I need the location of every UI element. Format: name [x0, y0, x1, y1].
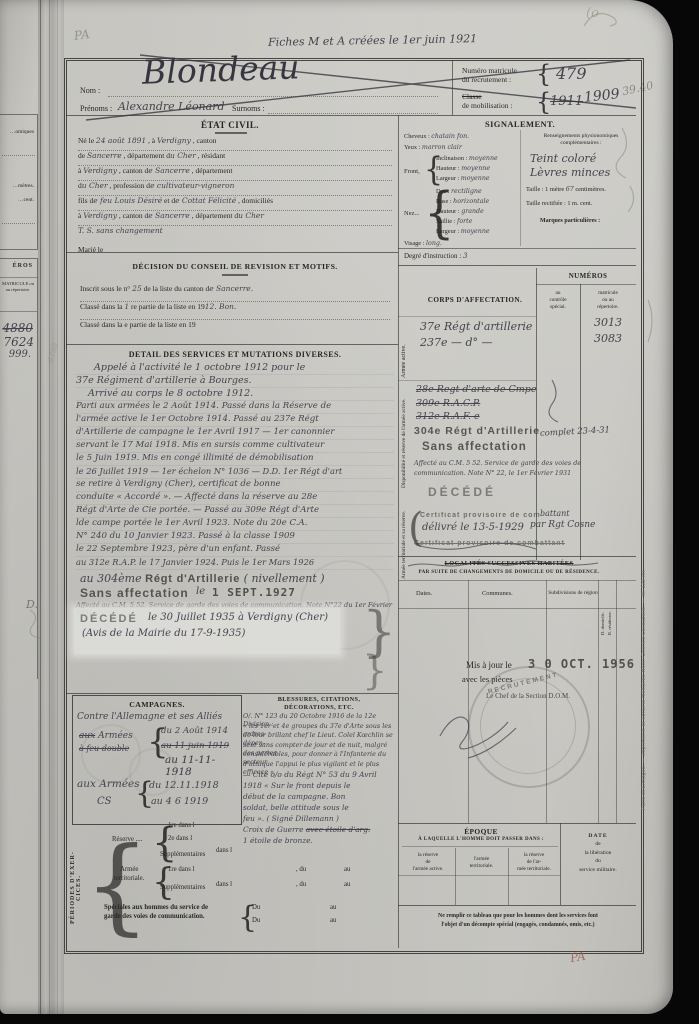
- epoque-footer-note: Ne remplir ce tableau que pour les homme…: [406, 912, 630, 929]
- nom-value: Blondeau: [141, 47, 300, 91]
- citation-line: considérables, pour donner à l'Infanteri…: [243, 750, 395, 760]
- etat-civil-line: Marié le: [78, 239, 392, 259]
- territoriale-label: Armée territoriale.: [114, 866, 144, 884]
- text-segment: de la liste du canton d: [142, 284, 209, 293]
- services-line: se retire à Verdigny (Cher), certificat …: [76, 479, 394, 492]
- citation-line: de leur brillant chef le Lieut. Colel Kœ…: [243, 731, 395, 741]
- classe-label-struck: Classe: [462, 92, 482, 101]
- text-segment: Classé dans la: [80, 302, 124, 311]
- matricule-value: 479: [556, 64, 587, 83]
- rule: [398, 608, 636, 609]
- citation-line: soldat, belle attitude sous le: [243, 803, 395, 814]
- text-segment: fils d: [78, 196, 93, 205]
- page-edge-line: [40, 0, 41, 1014]
- blessures-title: BLESSURES, CITATIONS, DÉCORATIONS, ETC.: [244, 696, 394, 712]
- campagnes-cs: CS: [97, 796, 112, 807]
- text-segment: et d: [162, 196, 175, 205]
- localites-grid-line: [616, 580, 617, 823]
- epoque-col1-1: la réserve: [402, 852, 454, 859]
- du-label: Du: [252, 904, 260, 911]
- text-segment: , profession d: [108, 181, 151, 190]
- etat-civil-line: fils de feu Louis Désiré et de Cottat Fé…: [78, 196, 392, 211]
- epoque-date-4: du: [562, 857, 634, 865]
- rule: [398, 556, 636, 557]
- text-segment: u Cher: [238, 211, 264, 220]
- services-handwriting-block: Appelé à l'activité le 1 octobre 1912 po…: [76, 362, 394, 574]
- dotted-rule: [268, 113, 438, 114]
- reserve-entry: 309e R.A.C.P.: [416, 398, 480, 409]
- prev-page-subheader: MATRICULE ou au répertoire.: [1, 281, 35, 292]
- epoque-title: ÉPOQUE: [402, 827, 560, 836]
- blessures-title-1: BLESSURES, CITATIONS,: [244, 696, 394, 704]
- croix-de-guerre-line2: 1 étoile de bronze.: [243, 836, 395, 847]
- text-segment: e Cottat Félicité: [175, 196, 236, 205]
- text-segment: Verdigny: [83, 211, 117, 220]
- localites-col-subdivisions: Subdivisions de région: [548, 590, 598, 596]
- text-segment: , domiciliés: [236, 196, 273, 205]
- epoque-date-2: de: [562, 840, 634, 848]
- campagnes-date5: au 4 6 1919: [151, 796, 208, 807]
- text-segment: moyenne: [469, 155, 498, 162]
- prev-page-header: ÉROS: [13, 263, 33, 269]
- nom-label: Nom :: [80, 86, 100, 95]
- epoque-col3-2: de l'ar-: [509, 859, 559, 866]
- localites-col-communes: Communes.: [482, 590, 513, 597]
- periode-row-1: 1re dans l: [168, 822, 194, 829]
- rule: [0, 311, 37, 312]
- closing-brace: }: [362, 648, 387, 694]
- corps-row-name: 37e Régt d'artillerie: [420, 320, 532, 333]
- brace: {: [536, 88, 551, 116]
- localites-col-dates: Dates.: [416, 590, 432, 597]
- etat-civil-line: à Verdigny , canton de Sancerre , départ…: [78, 211, 392, 226]
- text-segment: Hauteur :: [436, 208, 461, 215]
- pencil-initials-top: PA: [73, 27, 90, 43]
- title-underline: [215, 132, 247, 134]
- text-segment: Verdigny: [83, 166, 117, 175]
- citation-line: sent sans compter de jour et de nuit, ma…: [243, 741, 395, 751]
- services-line: le 22 Septembre 1923, père d'un enfant. …: [76, 544, 394, 557]
- services-line: servant le 17 Mai 1918. Mis en sursis co…: [76, 440, 394, 453]
- nez-rows: Dos : rectiligne Base : horizontale Haut…: [436, 188, 520, 238]
- header-divider: [452, 60, 453, 115]
- services-line: Appelé à l'activité le 1 octobre 1912 po…: [76, 362, 394, 375]
- text-segment: Verdigny: [157, 136, 191, 145]
- text-segment: Saillie :: [436, 218, 457, 225]
- du-label: , du: [296, 881, 306, 888]
- localites-grid-line: [598, 580, 599, 823]
- text-segment: Dos :: [436, 188, 451, 195]
- front-row: Inclinaison : moyenne: [436, 155, 520, 165]
- degre-instruction-row: Degré d'instruction : 3: [404, 252, 467, 260]
- rule: [398, 248, 636, 249]
- numeros-header: NUMÉROS: [540, 272, 636, 280]
- text-segment: Inscrit sous le n°: [80, 284, 132, 293]
- classe-label: de mobilisation :: [462, 101, 512, 110]
- epoque-col-1: la réserve de l'armée active.: [402, 852, 454, 873]
- epoque-col-3: la réserve de l'ar- mée territoriale.: [509, 852, 559, 873]
- services-line: l'armée active le 1er Octobre 1914. Pass…: [76, 414, 394, 427]
- citation-line: d'attaque l'appui le plus vigilant et le…: [243, 760, 395, 770]
- services-line: Parti aux armées le 2 Août 1914. Passé d…: [76, 401, 394, 414]
- speciales-label-1: Spéciales aux hommes du service de: [104, 904, 208, 913]
- etat-civil-line: T. S. sans changement: [78, 226, 392, 239]
- rule: [398, 823, 636, 824]
- corps-row-num: 3083: [594, 332, 622, 345]
- periode-row-2: 2e dans l: [168, 835, 192, 842]
- text-segment: Taille : 1 mètre: [526, 186, 566, 193]
- services-line: au 312e R.A.P. le 17 Janvier 1924. Puis …: [76, 557, 394, 570]
- text-segment: Né le: [78, 136, 96, 145]
- signalement-divider: [520, 130, 521, 246]
- periode-dansl: dans l: [216, 847, 232, 854]
- title-underline: [222, 274, 248, 276]
- periode-suppl: Supplémentaires: [160, 851, 205, 858]
- marques-label: Marques particulières :: [540, 218, 600, 224]
- text-segment: aux: [79, 731, 95, 741]
- renseignements-value-1: Teint coloré: [530, 152, 596, 165]
- epoque-subtitle: À LAQUELLE L'HOMME DOIT PASSER DANS :: [402, 837, 560, 842]
- front-row: Hauteur : moyenne: [436, 165, 520, 175]
- text-segment: ( nivellement ): [240, 572, 324, 585]
- signalement-left: Cheveux : chatain fon. Yeux : marron cla…: [404, 133, 518, 155]
- dotted-rule: [108, 96, 438, 97]
- prev-page-text: …mètres.: [12, 183, 34, 189]
- page-edge-line: [57, 0, 58, 1014]
- au-label: au: [344, 881, 350, 888]
- corps-affectation-header: CORPS D'AFFECTATION.: [420, 296, 530, 304]
- territoriale-label-1: Armée: [114, 866, 144, 875]
- text-segment: forte: [457, 218, 472, 225]
- visage-row: Visage : long.: [404, 240, 442, 247]
- nez-row: Base : horizontale: [436, 198, 520, 208]
- page-edge-line: [49, 0, 50, 1014]
- controle-header-3: spécial.: [538, 304, 578, 311]
- epoque-col3-1: la réserve: [509, 852, 559, 859]
- services-line: 37e Régiment d'artillerie à Bourges.: [76, 375, 394, 388]
- epoque-col3-3: mée territoriale.: [509, 866, 559, 873]
- epoque-col1-2: de: [402, 859, 454, 866]
- text-segment: , résidant: [196, 151, 225, 160]
- etat-civil-line: de Sancerre , département du Cher , rési…: [78, 151, 392, 166]
- services-line: Arrivé au corps le 8 octobre 1912.: [76, 388, 394, 401]
- renseignements-label: Renseignements physionomiques complément…: [528, 133, 634, 148]
- rule: [398, 380, 536, 381]
- localites-subtitle: PAR SUITE DE CHANGEMENTS DE DOMICILE OU …: [404, 570, 614, 575]
- text-segment: grande: [461, 208, 484, 215]
- prev-page-fragment-box: ÉROS MATRICULE ou au répertoire. 4880 76…: [0, 258, 38, 679]
- yeux-row: Yeux : marron clair: [404, 144, 518, 155]
- au-label: au: [330, 917, 336, 924]
- text-segment: e Sancerre: [148, 166, 190, 175]
- text-segment: 12. Bon.: [205, 302, 237, 311]
- text-segment: moyenne: [461, 165, 490, 172]
- citation-line: « les 1er et 4e groupes du 37e d'Arte so…: [243, 722, 395, 732]
- text-segment: , canton: [191, 136, 217, 145]
- decision-line: Classé dans la e partie de la liste en 1…: [80, 320, 390, 337]
- text-segment: au 11 juin 1919: [161, 741, 229, 751]
- decision-line: Inscrit sous le n° 25 de la liste du can…: [80, 284, 390, 302]
- epoque-grid-line: [560, 823, 561, 905]
- matricule-header-2: ou au: [582, 297, 634, 304]
- rule: [398, 265, 636, 266]
- localites-grid-line: [468, 580, 469, 823]
- text-segment: re partie de la liste en 19: [129, 302, 205, 311]
- text-segment: 24 août 1891: [96, 136, 146, 145]
- decision-line: Classé dans la 1 re partie de la liste e…: [80, 302, 390, 320]
- dotted-rule: [2, 155, 35, 156]
- etat-civil-title: ÉTAT CIVIL.: [150, 120, 310, 130]
- localites-side-domicile: D. domicile.: [600, 585, 605, 635]
- du-label: Du: [252, 917, 260, 924]
- decede-rest: le 30 Juillet 1935 à Verdigny (Cher): [148, 612, 328, 623]
- corner-flourish: (o: [586, 6, 599, 21]
- book-spine-shading: [38, 0, 64, 1014]
- campagnes-line2b: à feu double: [79, 744, 129, 753]
- surnoms-label: Surnoms :: [232, 104, 265, 113]
- services-line: Régt d'Arte de Cie portée. — Passé au 30…: [76, 505, 394, 518]
- text-segment: Cheveux :: [404, 133, 431, 140]
- text-segment: , département d: [122, 151, 170, 160]
- epoque-col1-3: l'armée active.: [402, 866, 454, 873]
- corps-col-divider: [580, 284, 581, 560]
- prev-page-number: 7624: [3, 335, 34, 349]
- sans-affectation-stamp-right: Sans affectation: [422, 441, 527, 453]
- text-segment: long.: [426, 240, 442, 247]
- rule: [0, 277, 37, 278]
- campagnes-date3: au 11-11-1918: [165, 754, 241, 778]
- epoque-col-2: l'armée territoriale.: [456, 856, 507, 870]
- citation-line: — Cité o/o du Régt N° 53 du 9 Avril: [243, 770, 395, 781]
- text-segment: 67: [566, 186, 574, 193]
- text-segment: , département d: [190, 211, 238, 220]
- text-segment: Degré d'instruction :: [404, 252, 463, 260]
- armee-active-vertical-label: Armée active.: [401, 318, 407, 378]
- text-segment: 25: [132, 284, 142, 293]
- renseignements-label-2: complémentaires :: [528, 140, 634, 147]
- services-line: N° 240 du 10 Janvier 1923. Passé à la cl…: [76, 531, 394, 544]
- territoriale-suppl: Supplémentaires: [160, 884, 205, 891]
- text-segment: Visage :: [404, 240, 426, 247]
- stamp-304-regiment: 304e Régt d'Artillerie: [414, 425, 540, 437]
- reserve-vertical-label: Disponibilité et réserve de l'armée acti…: [401, 384, 407, 502]
- text-segment: moyenne: [461, 228, 490, 235]
- services-line: d'Artillerie de campagne le 1er Avril 19…: [76, 427, 394, 440]
- prev-page-number: 999.: [9, 349, 31, 360]
- text-segment: moyenne: [461, 175, 490, 182]
- nez-row: Dos : rectiligne: [436, 188, 520, 198]
- epoque-date-5: service militaire.: [562, 866, 634, 874]
- front-label: Front,: [404, 168, 420, 175]
- campagnes-line6: aux Armées: [77, 778, 140, 790]
- matricule-header-3: répertoire.: [582, 304, 634, 311]
- services-line: le 5 Juin 1919. Mis en congé illimité de…: [76, 453, 394, 466]
- campagnes-title: CAMPAGNES.: [73, 700, 241, 709]
- territoriale-label-2: territoriale.: [114, 875, 144, 884]
- dotted-rule: [2, 223, 35, 224]
- signalement-title: SIGNALEMENT.: [430, 119, 610, 129]
- sans-affectation-stamp: Sans affectation: [80, 586, 189, 600]
- printer-imprint: Paris et Limoges. — Imprimerie et librai…: [641, 330, 647, 810]
- prev-page-number: 4880: [2, 321, 33, 335]
- epoque-col2-2: territoriale.: [456, 863, 507, 870]
- services-line: conduite « Accordé ». — Affecté dans la …: [76, 492, 394, 505]
- scanned-military-register-page: …omiques …mètres. …cent. ÉROS MATRICULE …: [0, 0, 699, 1024]
- nez-label: Nez...: [404, 210, 419, 217]
- text-segment: rectiligne: [451, 188, 482, 195]
- text-segment: avec étoile d'arg.: [306, 825, 370, 834]
- reserve-entry: 312e R.A.F. e: [416, 411, 480, 422]
- citation-line: 1918 « Sur le front depuis le: [243, 781, 395, 792]
- text-segment: e feu Louis Désiré: [93, 196, 162, 205]
- epoque-col2-1: l'armée: [456, 856, 507, 863]
- text-segment: , canton d: [117, 166, 148, 175]
- citation-block: O/. N° 123 du 20 Octobre 1916 de la 12e …: [243, 712, 395, 847]
- prenoms-label: Prénoms :: [80, 104, 112, 113]
- text-segment: u Cher: [82, 181, 108, 190]
- text-segment: à feu double: [79, 744, 129, 753]
- epoque-date-1: DATE: [562, 832, 634, 840]
- corps-row-num: 3013: [594, 316, 622, 329]
- nez-row: Hauteur : grande: [436, 208, 520, 218]
- cm-note-right-1: Affecté au C.M. 5 52. Service de garde d…: [414, 459, 581, 467]
- renseignements-value-2: Lèvres minces: [530, 166, 610, 179]
- pencil-initials-bottom: PA: [569, 949, 587, 966]
- controle-col-header: au contrôle spécial.: [538, 290, 578, 310]
- campagnes-line1: Contre l'Allemagne et ses Alliés: [77, 712, 222, 722]
- rule: [66, 344, 398, 345]
- taille-rectifiee-row: Taille rectifiée : 1 m. cent.: [526, 200, 592, 207]
- rule: [66, 252, 398, 253]
- reserve-label: Réserve ....: [112, 836, 142, 843]
- mis-a-jour-label: Mis à jour le: [466, 660, 512, 670]
- classe-old-value: 1911: [550, 94, 583, 109]
- text-segment: Hauteur :: [436, 165, 461, 172]
- rule: [402, 846, 558, 847]
- rule: [398, 580, 636, 581]
- renseignements-label-1: Renseignements physionomiques: [528, 133, 634, 140]
- text-segment: e Sancerre: [148, 211, 190, 220]
- localites-side-residence: R. résidence.: [607, 585, 612, 635]
- services-304-line: au 304ème Régt d'Artillerie ( nivellemen…: [80, 572, 325, 585]
- reserve-entry: 28e Regt d'arte de Cmpe: [416, 384, 537, 395]
- text-segment: horizontale: [453, 198, 489, 205]
- text-segment: 3: [463, 252, 467, 260]
- brace: {: [536, 60, 551, 88]
- matricule-header-1: matricule: [582, 290, 634, 297]
- citation-line: O/. N° 123 du 20 Octobre 1916 de la 12e …: [243, 712, 395, 722]
- citation-line: feu ». ( Signé Dillemann ): [243, 814, 395, 825]
- periodes-vertical-label: PÉRIODES D'EXER- CICES.: [70, 838, 82, 938]
- nez-row: Saillie : forte: [436, 218, 520, 228]
- etat-civil-block: Né le 24 août 1891 , à Verdigny , canton…: [78, 136, 392, 259]
- localites-title: LOCALITÉS SUCCESSIVES HABITÉES: [404, 560, 614, 567]
- campagnes-box: CAMPAGNES. Contre l'Allemagne et ses All…: [72, 695, 242, 825]
- services-title: DETAIL DES SERVICES ET MUTATIONS DIVERSE…: [80, 350, 390, 359]
- margin-d-mark: D.: [26, 598, 38, 611]
- campagnes-line2: aux Armées: [79, 730, 133, 741]
- matricule-label-line2: du recrutement :: [462, 75, 517, 84]
- text-segment: centimètres.: [574, 186, 606, 193]
- certificat-hw: battant: [540, 509, 569, 518]
- decision-block: Inscrit sous le n° 25 de la liste du can…: [80, 284, 390, 337]
- nez-row: Largeur : moyenne: [436, 228, 520, 238]
- text-segment: au 304ème: [80, 572, 145, 585]
- epoque-footer-1: Ne remplir ce tableau que pour les homme…: [406, 912, 630, 921]
- date-stamp-1927: 1 SEPT.1927: [212, 586, 296, 599]
- text-segment: Classé dans la e partie de la liste en 1…: [80, 320, 196, 329]
- territoriale-row-1: 1re dans l: [168, 866, 194, 873]
- decede-stamp: DÉCÉDÉ: [80, 613, 138, 625]
- text-segment: chatain fon.: [431, 133, 469, 140]
- matricule-col-header: matricule ou au répertoire.: [582, 290, 634, 310]
- rule: [398, 875, 560, 876]
- controle-header-1: au: [538, 290, 578, 297]
- prenoms-value: Alexandre Léonard: [118, 100, 225, 113]
- controle-header-2: contrôle: [538, 297, 578, 304]
- text-segment: Sancerre: [87, 151, 122, 160]
- epoque-footer-2: l'objet d'un décompte spécial (engagés, …: [406, 921, 630, 930]
- certificat-date: délivré le 13-5-1929: [422, 522, 524, 533]
- etat-civil-line: Né le 24 août 1891 , à Verdigny , canton: [78, 136, 392, 151]
- campagnes-date2: au 11 juin 1919: [161, 740, 229, 751]
- text-segment: u Cher: [170, 151, 196, 160]
- epoque-date-3: la libération: [562, 849, 634, 857]
- cheveux-row: Cheveux : chatain fon.: [404, 133, 518, 144]
- text-segment: de: [78, 151, 87, 160]
- croix-de-guerre-line: Croix de Guerre avec étoile d'arg.: [243, 825, 395, 836]
- speciales-label: Spéciales aux hommes du service de garde…: [104, 904, 208, 922]
- services-line: le 26 Juillet 1919 — 1er échelon N° 1036…: [76, 466, 394, 479]
- territoriale-dansl: dans l: [216, 881, 232, 888]
- text-segment: Inclinaison :: [436, 155, 469, 162]
- cm-note-right-2: communication. Note N° 22, le 1er Févrie…: [414, 469, 571, 477]
- au-label: au: [344, 866, 350, 873]
- text-segment: e Sancerre.: [209, 284, 253, 293]
- text-segment: , département: [190, 166, 233, 175]
- taille-row: Taille : 1 mètre 67 centimètres.: [526, 186, 606, 193]
- corps-row-name: 237e — d° —: [420, 336, 493, 349]
- certificat-stamp-struck: Certificat provisoire de combattant: [414, 540, 565, 547]
- text-segment: Largeur :: [436, 228, 461, 235]
- etat-civil-line: du Cher , profession de cultivateur-vign…: [78, 181, 392, 196]
- certificat-par: par Rgt Cosne: [530, 520, 595, 530]
- prev-page-fragment-box: …omiques …mètres. …cent.: [0, 114, 38, 250]
- rule: [398, 316, 536, 317]
- rule: [536, 284, 636, 285]
- text-segment: Régt d'Artillerie: [145, 573, 240, 585]
- matricule-label: Numéro matricule du recrutement :: [462, 66, 517, 84]
- du-label: , du: [296, 866, 306, 873]
- text-segment: T. S. sans changement: [78, 226, 163, 235]
- etat-civil-line: à Verdigny , canton de Sancerre , départ…: [78, 166, 392, 181]
- prev-page-text: …cent.: [18, 197, 34, 203]
- rule: [66, 693, 398, 694]
- sans-affectation-le: le: [196, 586, 205, 597]
- campagnes-date4: du 12.11.1918: [149, 780, 219, 791]
- speciales-label-2: garde des voies de communication.: [104, 913, 208, 922]
- text-segment: Armées: [95, 731, 132, 741]
- citation-line: début de la campagne. Bon: [243, 792, 395, 803]
- matricule-label-line1: Numéro matricule: [462, 66, 517, 75]
- decede-stamp-right: DÉCÉDÉ: [428, 485, 496, 499]
- prev-page-text: …omiques: [10, 129, 34, 135]
- campagnes-date1: du 2 Août 1914: [161, 726, 228, 736]
- au-label: au: [330, 904, 336, 911]
- text-segment: e cultivateur-vigneron: [150, 181, 234, 190]
- text-segment: Yeux :: [404, 144, 422, 151]
- avis-mairie-line: (Avis de la Mairie du 17-9-1935): [82, 628, 245, 639]
